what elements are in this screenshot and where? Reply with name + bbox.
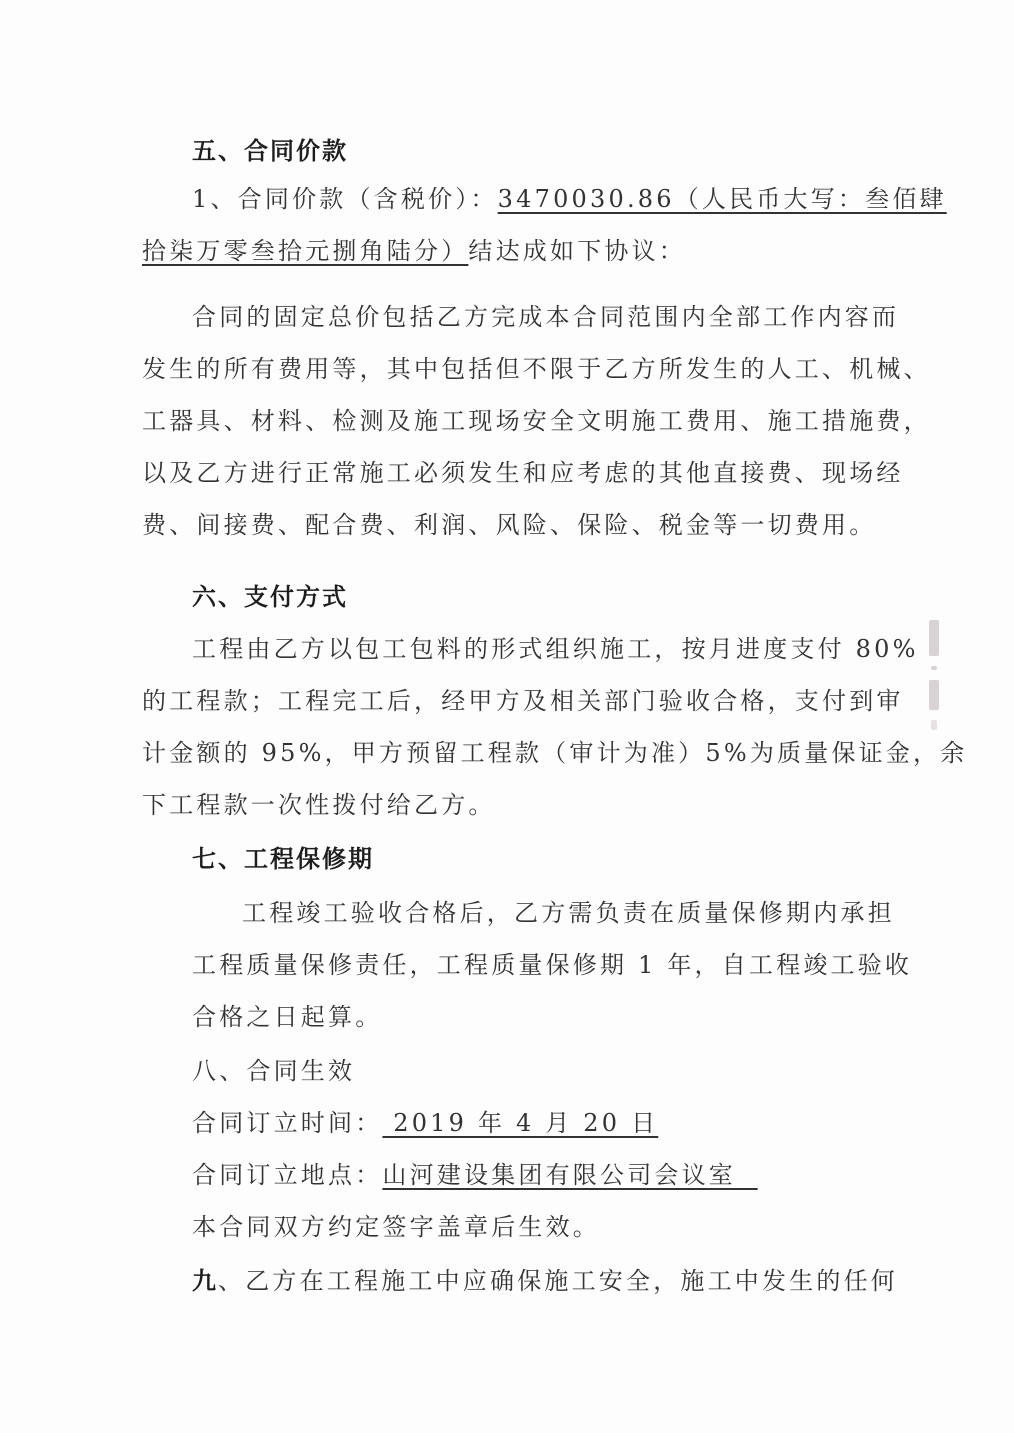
section-5-clause-1-line-2: 拾柒万零叁拾元捌角陆分）结达成如下协议： bbox=[142, 236, 862, 266]
section-7-paragraph-line: 工程质量保修责任，工程质量保修期 1 年，自工程竣工验收 bbox=[192, 950, 912, 980]
section-5-paragraph-line: 工器具、材料、检测及施工现场安全文明施工费用、施工措施费， bbox=[142, 406, 862, 436]
clause-1-suffix: 结达成如下协议： bbox=[468, 237, 686, 265]
seam-stamp-mark bbox=[925, 620, 943, 770]
section-6-paragraph-line: 计金额的 95%，甲方预留工程款（审计为准）5%为质量保证金，余 bbox=[142, 738, 862, 768]
contract-amount-line-1: 3470030.86（人民币大写：叁佰肆 bbox=[498, 185, 947, 213]
section-8-heading: 八、合同生效 bbox=[192, 1056, 912, 1086]
contract-effect-text: 本合同双方约定签字盖章后生效。 bbox=[192, 1212, 912, 1242]
section-5-heading: 五、合同价款 bbox=[192, 136, 912, 166]
contract-amount-line-2: 拾柒万零叁拾元捌角陆分） bbox=[142, 237, 468, 265]
section-5-paragraph-line: 合同的固定总价包括乙方完成本合同范围内全部工作内容而 bbox=[192, 302, 912, 332]
section-7-paragraph-line: 合格之日起算。 bbox=[192, 1002, 912, 1032]
section-7-paragraph-line: 工程竣工验收合格后，乙方需负责在质量保修期内承担 bbox=[242, 898, 962, 928]
stamp-fragment bbox=[929, 620, 939, 656]
section-9-text: 、乙方在工程施工中应确保施工安全，施工中发生的任何 bbox=[218, 1267, 898, 1295]
contract-place-value: 山河建设集团有限公司会议室 bbox=[382, 1161, 757, 1189]
section-5-paragraph-line: 费、间接费、配合费、利润、风险、保险、税金等一切费用。 bbox=[142, 510, 862, 540]
section-9-line: 九、乙方在工程施工中应确保施工安全，施工中发生的任何 bbox=[192, 1266, 912, 1296]
document-page: 五、合同价款 1、合同价款（含税价）：3470030.86（人民币大写：叁佰肆 … bbox=[0, 0, 1014, 1433]
section-5-paragraph-line: 发生的所有费用等，其中包括但不限于乙方所发生的人工、机械、 bbox=[142, 354, 862, 384]
section-6-heading: 六、支付方式 bbox=[192, 582, 912, 612]
section-6-paragraph-line: 的工程款；工程完工后，经甲方及相关部门验收合格，支付到审 bbox=[142, 686, 862, 716]
contract-date-label: 合同订立时间： bbox=[192, 1109, 382, 1137]
contract-place-label: 合同订立地点： bbox=[192, 1161, 382, 1189]
contract-date-line: 合同订立时间： 2019 年 4 月 20 日 bbox=[192, 1108, 912, 1138]
stamp-fragment bbox=[929, 680, 939, 710]
clause-1-prefix: 1、合同价款（含税价）： bbox=[192, 185, 498, 213]
stamp-fragment bbox=[931, 720, 937, 730]
section-6-paragraph-line: 工程由乙方以包工包料的形式组织施工，按月进度支付 80% bbox=[192, 634, 912, 664]
section-9-number: 九 bbox=[192, 1267, 218, 1295]
contract-date-value: 2019 年 4 月 20 日 bbox=[382, 1109, 658, 1137]
section-5-paragraph-line: 以及乙方进行正常施工必须发生和应考虑的其他直接费、现场经 bbox=[142, 458, 862, 488]
stamp-fragment bbox=[931, 666, 937, 670]
section-7-heading: 七、工程保修期 bbox=[192, 844, 912, 874]
section-5-clause-1-line-1: 1、合同价款（含税价）：3470030.86（人民币大写：叁佰肆 bbox=[192, 184, 912, 214]
section-6-paragraph-line: 下工程款一次性拨付给乙方。 bbox=[142, 790, 862, 820]
contract-place-line: 合同订立地点：山河建设集团有限公司会议室 bbox=[192, 1160, 912, 1190]
